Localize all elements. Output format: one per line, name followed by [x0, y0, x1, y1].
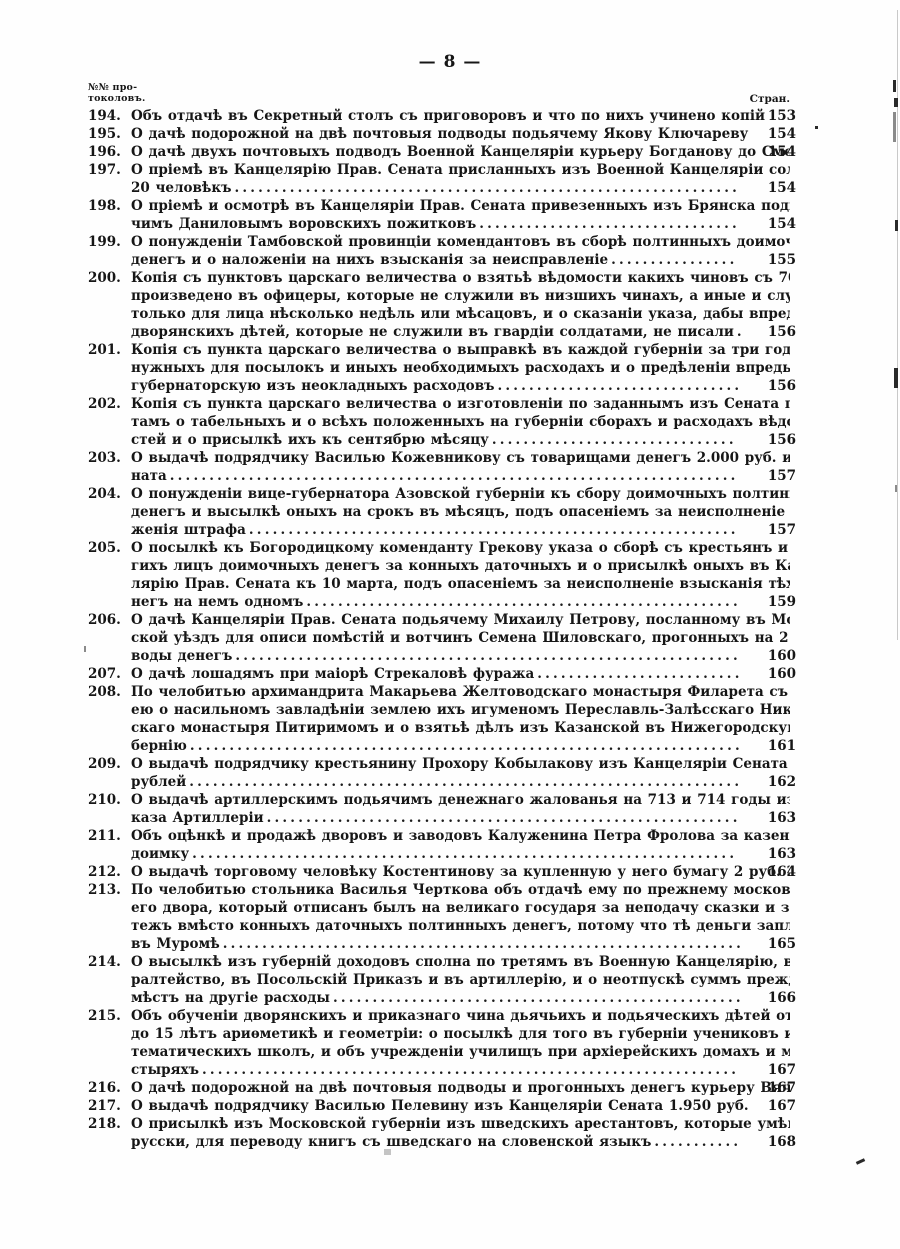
entry-page-number: 156 [750, 377, 796, 395]
entry-text-line: негъ на немъ одномъ.....................… [131, 593, 790, 611]
toc-entry: 218.О присылкѣ изъ Московской губерніи и… [88, 1115, 790, 1151]
entry-page-number: 155 [750, 251, 796, 269]
entry-page-number: 153 [750, 107, 796, 125]
entry-text-line: ской уѣздъ для описи помѣстій и вотчинъ … [131, 629, 790, 647]
toc-entry: 195.О дачѣ подорожной на двѣ почтовыя по… [88, 125, 790, 143]
entry-text-line: Копія съ пункта царскаго величества о вы… [131, 341, 790, 359]
entry-text-line: губернаторскую изъ неокладныхъ расходовъ… [131, 377, 790, 395]
entry-number: 218. [88, 1115, 121, 1133]
entry-text-line: рублей..................................… [131, 773, 790, 791]
entry-page-number: 159 [750, 593, 796, 611]
toc-entry: 208.По челобитью архимандрита Макарьева … [88, 683, 790, 755]
dot-leader: ........................................… [187, 738, 743, 754]
toc-entry: 203.О выдачѣ подрядчику Василью Кожевник… [88, 449, 790, 485]
scan-artifact [895, 485, 897, 492]
scan-artifact [84, 646, 86, 652]
entry-page-number: 161 [750, 737, 796, 755]
entry-text-line: денегъ и о наложеніи на нихъ взысканія з… [131, 251, 790, 269]
scan-artifact [894, 368, 898, 388]
entry-text-line: О пріемѣ и осмотрѣ въ Канцеляріи Прав. С… [131, 197, 790, 215]
toc-entry: 211.Объ оцѣнкѣ и продажѣ дворовъ и завод… [88, 827, 790, 863]
entry-number: 200. [88, 269, 121, 287]
entry-page-number: 157 [750, 467, 796, 485]
entry-page-number: 154 [750, 125, 796, 143]
toc-entry: 215.Объ обученіи дворянскихъ и приказнаг… [88, 1007, 790, 1079]
entry-page-number: 167 [750, 1097, 796, 1115]
toc-entry: 206.О дачѣ Канцеляріи Прав. Сената подья… [88, 611, 790, 665]
toc-entry: 217.О выдачѣ подрядчику Василью Пелевину… [88, 1097, 790, 1115]
toc-entry: 213.По челобитью стольника Василья Чертк… [88, 881, 790, 953]
scan-artifact [895, 220, 898, 231]
dot-leader: ........................................… [231, 180, 740, 196]
entry-text-line: чимъ Даниловымъ воровскихъ пожитковъ....… [131, 215, 790, 233]
dot-leader: ................................. [476, 216, 740, 232]
entry-number: 212. [88, 863, 121, 881]
dot-leader: ........................................… [167, 468, 739, 484]
scan-artifact [893, 80, 896, 92]
entry-page-number: 167 [750, 1061, 796, 1079]
toc-entry: 202.Копія съ пункта царскаго величества … [88, 395, 790, 449]
entry-page-number: 162 [750, 773, 796, 791]
entry-text-line: женія штрафа............................… [131, 521, 790, 539]
entry-text-line: О понужденіи Тамбовской провинціи коменд… [131, 233, 790, 251]
entry-text-line: стей и о присылкѣ ихъ къ сентябрю мѣсяцу… [131, 431, 790, 449]
entry-page-number: 165 [750, 935, 796, 953]
entry-text-line: Объ отдачѣ въ Секретный столъ съ пригово… [131, 107, 790, 125]
entry-page-number: 160 [750, 647, 796, 665]
entry-text-line: По челобитью архимандрита Макарьева Желт… [131, 683, 790, 701]
toc-entry: 197.О пріемѣ въ Канцелярію Прав. Сената … [88, 161, 790, 197]
entry-text-line: доимку..................................… [131, 845, 790, 863]
dot-leader: ........... [651, 1134, 741, 1150]
entry-text-line: стыряхъ.................................… [131, 1061, 790, 1079]
entry-page-number: 164 [750, 863, 796, 881]
entry-number: 197. [88, 161, 121, 179]
page-column-label: Стран. [0, 93, 790, 105]
entry-page-number: 167 [750, 1079, 796, 1097]
entry-text-line: Объ оцѣнкѣ и продажѣ дворовъ и заводовъ … [131, 827, 790, 845]
entry-text-line: воды денегъ.............................… [131, 647, 790, 665]
entry-text-line: въ Муромѣ...............................… [131, 935, 790, 953]
toc-entry: 210.О выдачѣ артиллерскимъ подьячимъ ден… [88, 791, 790, 827]
entry-number: 199. [88, 233, 121, 251]
entry-text-line: тамъ о табельныхъ и о всѣхъ положенныхъ … [131, 413, 790, 431]
entry-page-number: 156 [750, 323, 796, 341]
entry-number: 194. [88, 107, 121, 125]
entry-text-line: О выдачѣ артиллерскимъ подьячимъ денежна… [131, 791, 790, 809]
scan-artifact [856, 1158, 865, 1165]
toc-entry: 212.О выдачѣ торговому человѣку Костенти… [88, 863, 790, 881]
entry-text-line: Копія съ пунктовъ царскаго величества о … [131, 269, 790, 287]
protocol-label-line1: №№ про- [88, 82, 137, 93]
scan-artifact [894, 98, 898, 107]
entry-text-line: произведено въ офицеры, которые не служи… [131, 287, 790, 305]
entry-text-line: дворянскихъ дѣтей, которые не служили въ… [131, 323, 790, 341]
entry-number: 214. [88, 953, 121, 971]
toc-entry: 214.О высылкѣ изъ губерній доходовъ спол… [88, 953, 790, 1007]
entry-text-line: тематическихъ школъ, и объ учрежденіи уч… [131, 1043, 790, 1061]
entry-page-number: 168 [750, 1133, 796, 1151]
entry-page-number: 156 [750, 431, 796, 449]
scan-artifact [893, 112, 896, 142]
toc-entry: 199.О понужденіи Тамбовской провинціи ко… [88, 233, 790, 269]
entry-text-line: Объ обученіи дворянскихъ и приказнаго чи… [131, 1007, 790, 1025]
scan-artifact [384, 1149, 391, 1155]
toc-entry: 200.Копія съ пунктовъ царскаго величеств… [88, 269, 790, 341]
entry-text-line: русски, для переводу книгъ съ шведскаго … [131, 1133, 790, 1151]
entry-text-line: О дачѣ двухъ почтовыхъ подводъ Военной К… [131, 143, 790, 161]
toc-entry: 205.О посылкѣ къ Богородицкому комендант… [88, 539, 790, 611]
entry-text-line: Копія съ пункта царскаго величества о из… [131, 395, 790, 413]
entry-number: 203. [88, 449, 121, 467]
entry-text-line: ралтейство, въ Посольскій Приказъ и въ а… [131, 971, 790, 989]
entry-text-line: ната....................................… [131, 467, 790, 485]
entry-page-number: 163 [750, 845, 796, 863]
dot-leader: ........................................… [220, 936, 744, 952]
dot-leader: ........................................… [303, 594, 741, 610]
toc-entry: 216.О дачѣ подорожной на двѣ почтовыя по… [88, 1079, 790, 1097]
toc-list: 194.Объ отдачѣ въ Секретный столъ съ при… [88, 107, 790, 1151]
entry-page-number: 163 [750, 809, 796, 827]
toc-entry: 198.О пріемѣ и осмотрѣ въ Канцеляріи Пра… [88, 197, 790, 233]
entry-text-line: О высылкѣ изъ губерній доходовъ сполна п… [131, 953, 790, 971]
entry-text-line: О посылкѣ къ Богородицкому коменданту Гр… [131, 539, 790, 557]
entry-number: 204. [88, 485, 121, 503]
dot-leader: ............................... [489, 432, 737, 448]
entry-text-line: О дачѣ подорожной на двѣ почтовыя подвод… [131, 1079, 790, 1097]
entry-number: 208. [88, 683, 121, 701]
dot-leader: ........................................… [186, 774, 742, 790]
dot-leader: .......................... [534, 666, 742, 682]
entry-text-line: гихъ лицъ доимочныхъ денегъ за конныхъ д… [131, 557, 790, 575]
dot-leader: . [734, 324, 745, 340]
entry-text-line: По челобитью стольника Василья Черткова … [131, 881, 790, 899]
dot-leader: ........................................… [246, 522, 739, 538]
entry-text-line: ею о насильномъ завладѣніи землею ихъ иг… [131, 701, 790, 719]
entry-number: 209. [88, 755, 121, 773]
entry-text-line: мѣстъ на другіе расходы.................… [131, 989, 790, 1007]
entry-text-line: каза Артиллеріи.........................… [131, 809, 790, 827]
entry-page-number: 154 [750, 143, 796, 161]
dot-leader: ........................................… [330, 990, 744, 1006]
entry-page-number: 154 [750, 179, 796, 197]
entry-text-line: О пріемѣ въ Канцелярію Прав. Сената прис… [131, 161, 790, 179]
entry-page-number: 160 [750, 665, 796, 683]
entry-number: 217. [88, 1097, 121, 1115]
entry-text-line: О дачѣ подорожной на двѣ почтовыя подвод… [131, 125, 790, 143]
entry-number: 198. [88, 197, 121, 215]
toc-entry: 204.О понужденіи вице-губернатора Азовск… [88, 485, 790, 539]
entry-number: 206. [88, 611, 121, 629]
entry-number: 205. [88, 539, 121, 557]
entry-number: 201. [88, 341, 121, 359]
toc-entry: 201.Копія съ пункта царскаго величества … [88, 341, 790, 395]
toc-entry: 194.Объ отдачѣ въ Секретный столъ съ при… [88, 107, 790, 125]
entry-text-line: тежъ вмѣсто конныхъ даточныхъ полтинныхъ… [131, 917, 790, 935]
dot-leader: ........................................… [264, 810, 741, 826]
dot-leader: ................ [608, 252, 737, 268]
dot-leader: ............................... [494, 378, 742, 394]
toc-entry: 207.О дачѣ лошадямъ при маіорѣ Стрекалов… [88, 665, 790, 683]
entry-number: 210. [88, 791, 121, 809]
entry-text-line: лярію Прав. Сената къ 10 марта, подъ опа… [131, 575, 790, 593]
entry-page-number: 166 [750, 989, 796, 1007]
page-number-heading: — 8 — [0, 52, 900, 72]
entry-text-line: только для лица нѣсколько недѣль или мѣс… [131, 305, 790, 323]
scan-artifact [815, 126, 818, 129]
entry-text-line: О выдачѣ подрядчику крестьянину Прохору … [131, 755, 790, 773]
entry-text-line: О выдачѣ торговому человѣку Костентинову… [131, 863, 790, 881]
toc-entry: 209.О выдачѣ подрядчику крестьянину Прох… [88, 755, 790, 791]
dot-leader: ........................................… [199, 1062, 739, 1078]
entry-number: 216. [88, 1079, 121, 1097]
entry-text-line: О выдачѣ подрядчику Василью Кожевникову … [131, 449, 790, 467]
entry-number: 196. [88, 143, 121, 161]
entry-text-line: О выдачѣ подрядчику Василью Пелевину изъ… [131, 1097, 790, 1115]
dot-leader: ........................................… [232, 648, 741, 664]
dot-leader: ........................................… [189, 846, 737, 862]
entry-text-line: его двора, который отписанъ былъ на вели… [131, 899, 790, 917]
entry-number: 207. [88, 665, 121, 683]
entry-text-line: скаго монастыря Питиримомъ и о взятьѣ дѣ… [131, 719, 790, 737]
entry-number: 211. [88, 827, 121, 845]
entry-number: 215. [88, 1007, 121, 1025]
entry-text-line: О понужденіи вице-губернатора Азовской г… [131, 485, 790, 503]
scanned-book-page: — 8 — №№ про- токоловъ. Стран. 194.Объ о… [0, 0, 900, 1249]
entry-text-line: О дачѣ Канцеляріи Прав. Сената подьячему… [131, 611, 790, 629]
entry-page-number: 154 [750, 215, 796, 233]
entry-number: 202. [88, 395, 121, 413]
toc-entry: 196.О дачѣ двухъ почтовыхъ подводъ Военн… [88, 143, 790, 161]
entry-number: 213. [88, 881, 121, 899]
entry-text-line: О дачѣ лошадямъ при маіорѣ Стрекаловѣ фу… [131, 665, 790, 683]
entry-text-line: до 15 лѣтъ ариѳметикѣ и геометріи: о пос… [131, 1025, 790, 1043]
entry-text-line: О присылкѣ изъ Московской губерніи изъ ш… [131, 1115, 790, 1133]
entry-text-line: 20 человѣкъ.............................… [131, 179, 790, 197]
entry-text-line: денегъ и высылкѣ оныхъ на срокъ въ мѣсяц… [131, 503, 790, 521]
entry-text-line: нужныхъ для посылокъ и иныхъ необходимых… [131, 359, 790, 377]
entry-page-number: 157 [750, 521, 796, 539]
entry-text-line: бернію..................................… [131, 737, 790, 755]
entry-number: 195. [88, 125, 121, 143]
